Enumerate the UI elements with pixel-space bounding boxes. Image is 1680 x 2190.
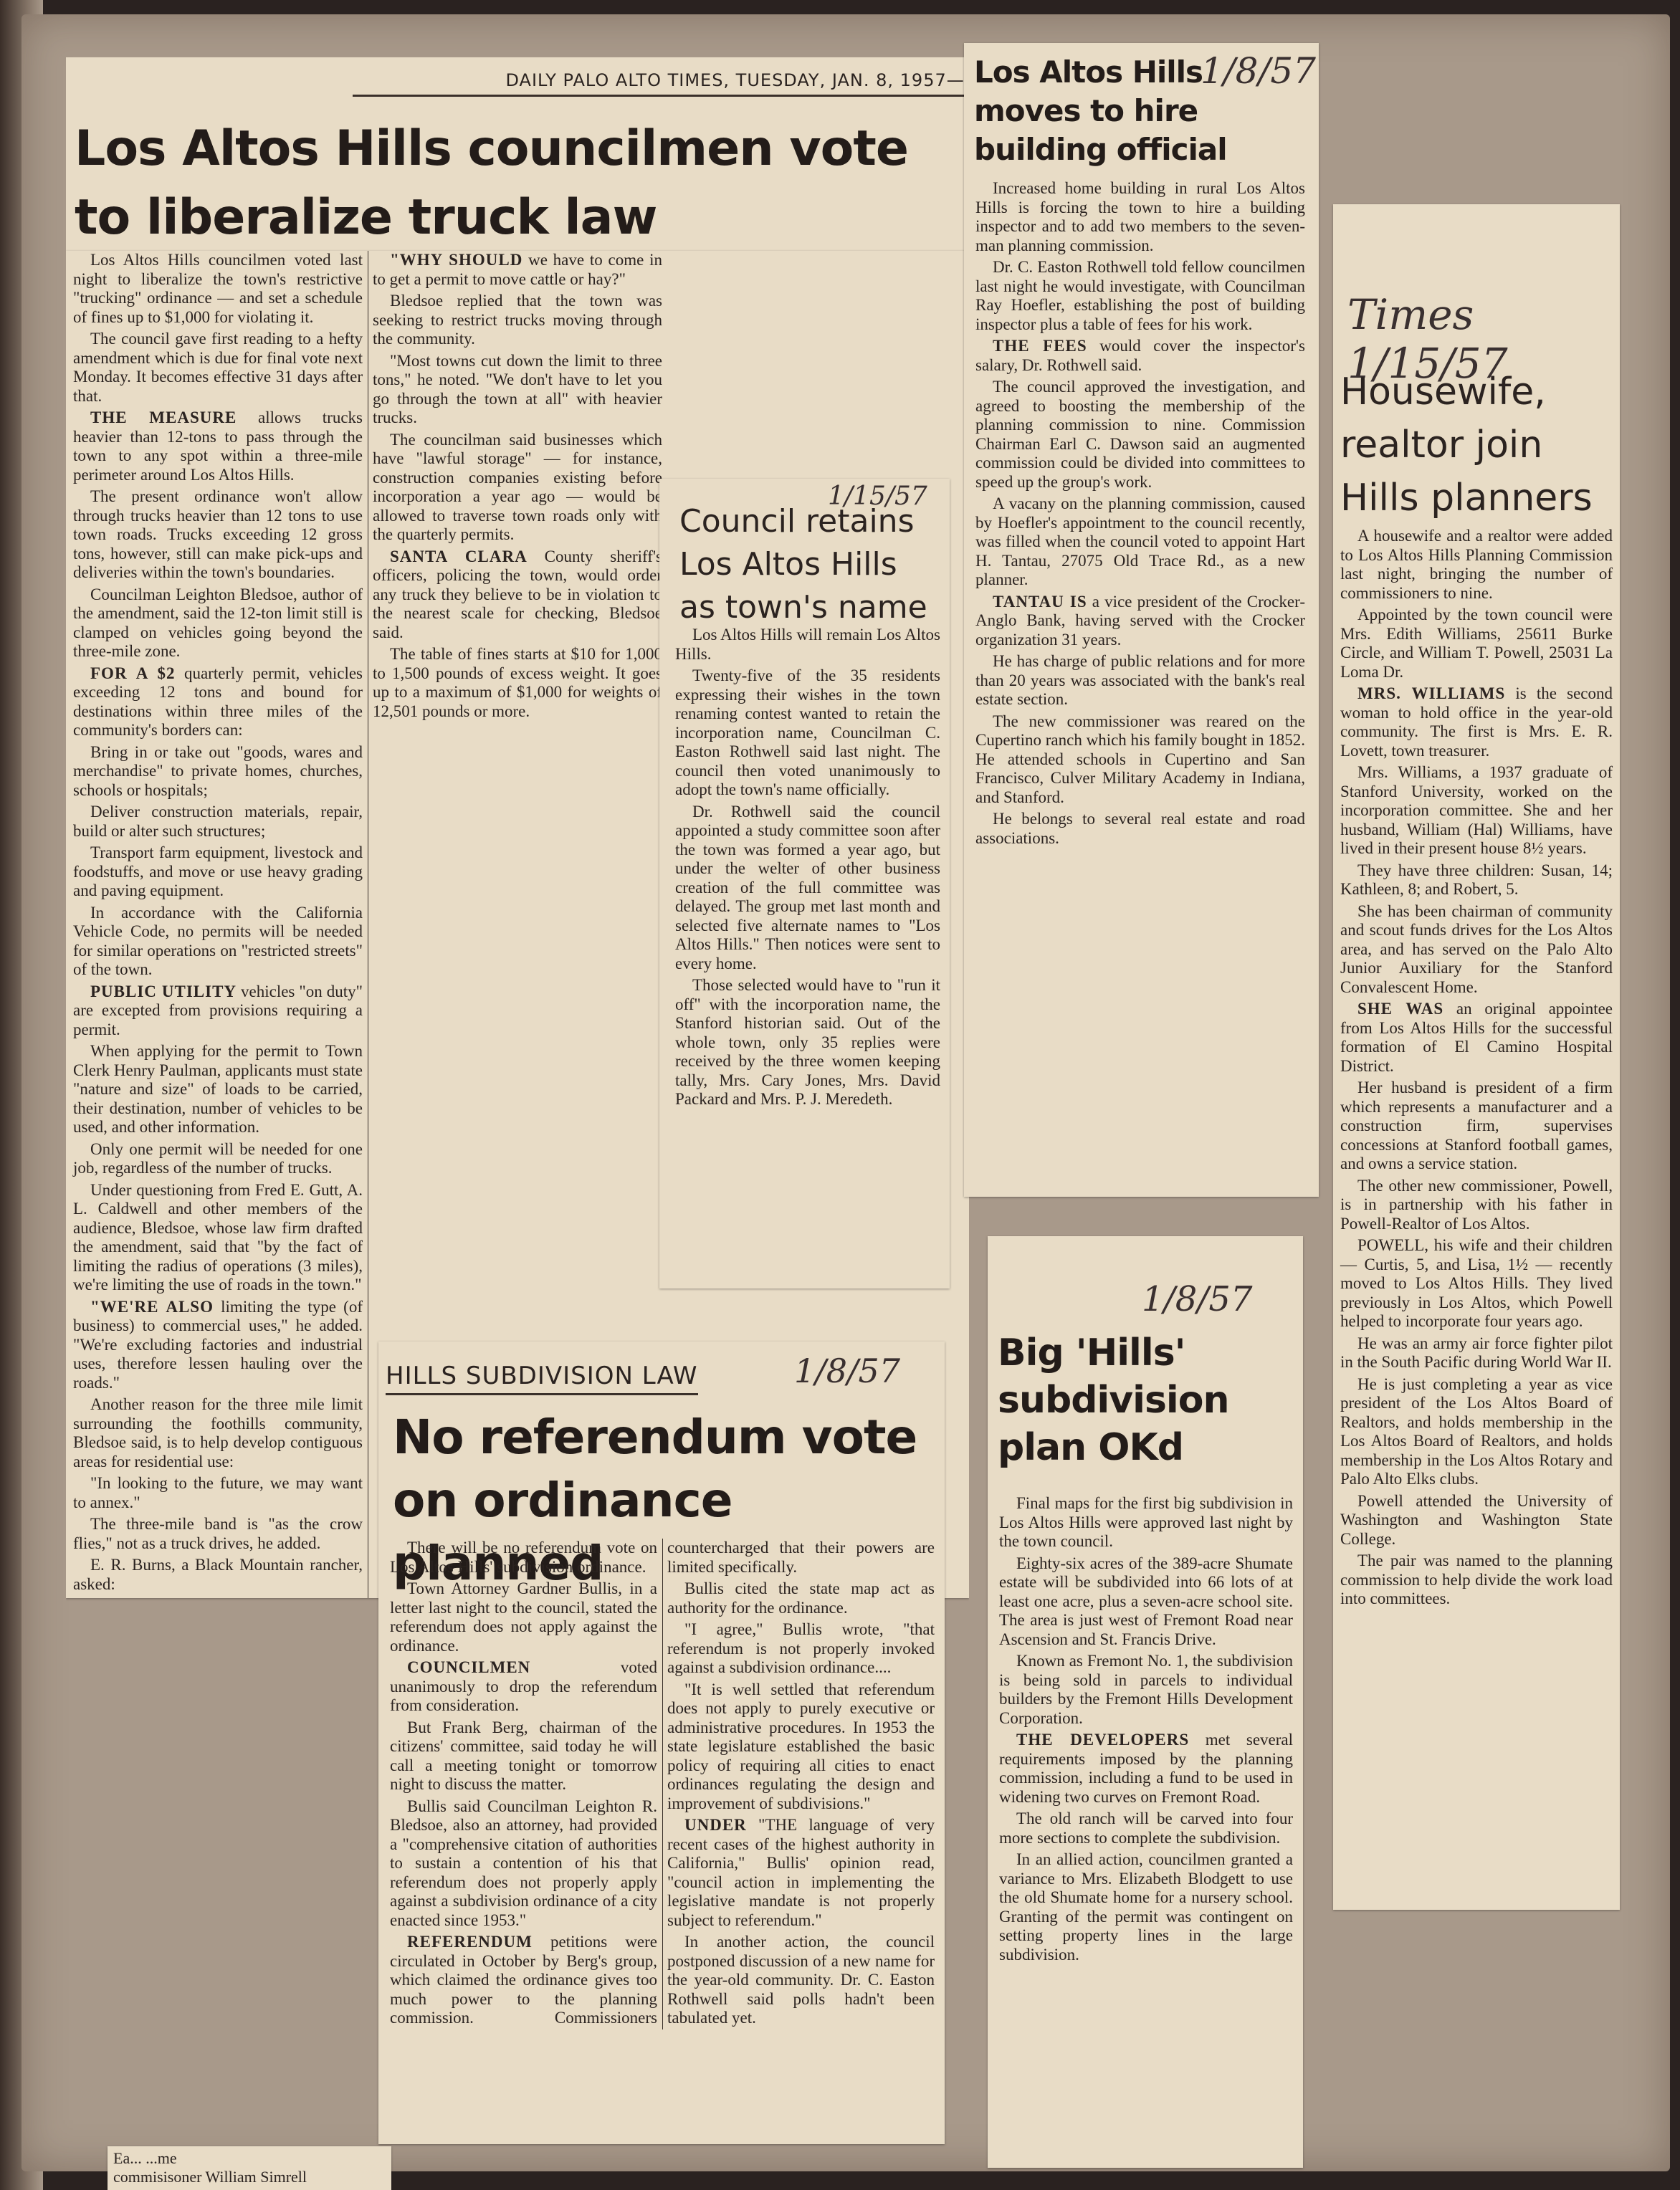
paragraph: Twenty-five of the 35 residents expressi… bbox=[675, 666, 940, 800]
paragraph: Bring in or take out "goods, wares and m… bbox=[73, 743, 363, 800]
paragraph: "In looking to the future, we may want t… bbox=[73, 1474, 363, 1512]
paragraph: Under questioning from Fred E. Gutt, A. … bbox=[73, 1181, 363, 1295]
paragraph: Dr. Rothwell said the council appointed … bbox=[675, 803, 940, 974]
clipping-subdivision-plan: 1/8/57 Big 'Hills' subdivision plan OKd … bbox=[988, 1236, 1303, 2168]
paragraph: The pair was named to the planning commi… bbox=[1340, 1551, 1613, 1609]
paragraph: Only one permit will be needed for one j… bbox=[73, 1140, 363, 1178]
clipping-building-official: 1/8/57 Los Altos Hills moves to hire bui… bbox=[964, 43, 1319, 1197]
paragraph: In another action, the council postponed… bbox=[667, 1933, 935, 2028]
paragraph: THE FEES would cover the inspector's sal… bbox=[975, 337, 1305, 375]
paragraph: UNDER "THE language of very recent cases… bbox=[667, 1816, 935, 1930]
paragraph: PUBLIC UTILITY vehicles "on duty" are ex… bbox=[73, 982, 363, 1040]
paragraph: Bledsoe replied that the town was seekin… bbox=[373, 292, 662, 349]
paragraph: The present ordinance won't allow throug… bbox=[73, 487, 363, 583]
paragraph: They have three children: Susan, 14; Kat… bbox=[1340, 861, 1613, 899]
clipping-housewife-realtor: Times 1/15/57 Housewife, realtor join Hi… bbox=[1333, 204, 1620, 1910]
headline: Big 'Hills' subdivision plan OKd bbox=[998, 1329, 1234, 1471]
paragraph: TANTAU IS a vice president of the Crocke… bbox=[975, 593, 1305, 650]
paragraph: The three-mile band is "as the crow flie… bbox=[73, 1515, 363, 1553]
dateline: DAILY PALO ALTO TIMES, TUESDAY, JAN. 8, … bbox=[353, 70, 969, 97]
paragraph: Appointed by the town council were Mrs. … bbox=[1340, 606, 1613, 682]
headline: Housewife, realtor join Hills planners bbox=[1340, 365, 1613, 525]
paragraph: COUNCILMEN voted unanimously to drop the… bbox=[390, 1658, 657, 1716]
handwritten-date: 1/8/57 bbox=[794, 1352, 900, 1390]
paragraph: Councilman Leighton Bledsoe, author of t… bbox=[73, 585, 363, 661]
paragraph: Her husband is president of a firm which… bbox=[1340, 1079, 1613, 1174]
headline: Los Altos Hills moves to hire building o… bbox=[974, 53, 1232, 169]
paragraph: Los Altos Hills councilmen voted last ni… bbox=[73, 251, 363, 327]
clipping-fragment-bottom: Ea... ...me commisisoner William Simrell bbox=[108, 2146, 391, 2190]
paragraph: "WHY SHOULD we have to come in to get a … bbox=[373, 251, 662, 289]
paragraph: FOR A $2 quarterly permit, vehicles exce… bbox=[73, 664, 363, 740]
paragraph: Another reason for the three mile limit … bbox=[73, 1395, 363, 1471]
article-body: Los Altos Hills will remain Los Altos Hi… bbox=[668, 626, 948, 1112]
headline: Council retains Los Altos Hills as town'… bbox=[679, 500, 937, 629]
paragraph: "I agree," Bullis wrote, "that referendu… bbox=[667, 1620, 935, 1678]
paragraph: He is just completing a year as vice pre… bbox=[1340, 1375, 1613, 1489]
paragraph: THE MEASURE allows trucks heavier than 1… bbox=[73, 408, 363, 484]
paragraph: He has charge of public relations and fo… bbox=[975, 652, 1305, 709]
paragraph: The council gave first reading to a heft… bbox=[73, 330, 363, 406]
paragraph: SHE WAS an original appointee from Los A… bbox=[1340, 1000, 1613, 1076]
paragraph: Bullis said Councilman Leighton R. Bleds… bbox=[390, 1797, 657, 1931]
paragraph: A vacany on the planning commission, cau… bbox=[975, 494, 1305, 590]
paragraph: The new commissioner was reared on the C… bbox=[975, 712, 1305, 808]
handwritten-date: 1/8/57 bbox=[1142, 1279, 1253, 1319]
paragraph: "WE'RE ALSO limiting the type (of busine… bbox=[73, 1298, 363, 1393]
paragraph: Dr. C. Easton Rothwell told fellow counc… bbox=[975, 258, 1305, 334]
paragraph: The councilman said businesses which hav… bbox=[373, 431, 662, 545]
paragraph: He was an army air force fighter pilot i… bbox=[1340, 1334, 1613, 1372]
clipping-referendum: HILLS SUBDIVISION LAW 1/8/57 No referend… bbox=[378, 1342, 945, 2144]
paragraph: Los Altos Hills will remain Los Altos Hi… bbox=[675, 626, 940, 664]
paragraph: In an allied action, councilmen granted … bbox=[999, 1850, 1293, 1964]
paragraph: Known as Fremont No. 1, the subdivision … bbox=[999, 1652, 1293, 1728]
paragraph: Final maps for the first big subdivision… bbox=[999, 1494, 1293, 1551]
paragraph: Increased home building in rural Los Alt… bbox=[975, 179, 1305, 255]
paragraph: Eighty-six acres of the 389-acre Shumate… bbox=[999, 1554, 1293, 1650]
paragraph: The other new commissioner, Powell, is i… bbox=[1340, 1177, 1613, 1234]
article-body: A housewife and a realtor were added to … bbox=[1333, 527, 1620, 1612]
paragraph: She has been chairman of community and s… bbox=[1340, 902, 1613, 998]
clipping-council-name: 1/15/57 Council retains Los Altos Hills … bbox=[659, 479, 950, 1288]
headline: Los Altos Hills councilmen vote to liber… bbox=[75, 115, 935, 252]
paragraph: When applying for the permit to Town Cle… bbox=[73, 1042, 363, 1137]
fragment-line: Ea... ...me bbox=[113, 2149, 386, 2168]
paragraph: Those selected would have to "run it off… bbox=[675, 976, 940, 1109]
paragraph: But Frank Berg, chairman of the citizens… bbox=[390, 1718, 657, 1794]
kicker: HILLS SUBDIVISION LAW bbox=[386, 1362, 698, 1395]
paragraph: Bullis cited the state map act as author… bbox=[667, 1579, 935, 1617]
paragraph: Town Attorney Gardner Bullis, in a lette… bbox=[390, 1579, 657, 1655]
article-body: Increased home building in rural Los Alt… bbox=[968, 179, 1312, 851]
paragraph: Transport farm equipment, livestock and … bbox=[73, 843, 363, 901]
paragraph: E. R. Burns, a Black Mountain rancher, a… bbox=[73, 1556, 363, 1594]
paragraph: POWELL, his wife and their children — Cu… bbox=[1340, 1236, 1613, 1331]
paragraph: He belongs to several real estate and ro… bbox=[975, 810, 1305, 848]
article-body: Final maps for the first big subdivision… bbox=[992, 1494, 1300, 1967]
paragraph: The table of fines starts at $10 for 1,0… bbox=[373, 645, 662, 721]
paragraph: In accordance with the California Vehicl… bbox=[73, 904, 363, 980]
paragraph: THE DEVELOPERS met several requirements … bbox=[999, 1731, 1293, 1807]
paragraph: SANTA CLARA County sheriff's officers, p… bbox=[373, 547, 662, 643]
paragraph: "It is well settled that referendum does… bbox=[667, 1680, 935, 1814]
paragraph: A housewife and a realtor were added to … bbox=[1340, 527, 1613, 603]
paragraph: The council approved the investigation, … bbox=[975, 378, 1305, 492]
fragment-line: commisisoner William Simrell bbox=[113, 2168, 386, 2186]
paragraph: "Most towns cut down the limit to three … bbox=[373, 352, 662, 428]
paragraph: The old ranch will be carved into four m… bbox=[999, 1809, 1293, 1847]
paragraph: Mrs. Williams, a 1937 graduate of Stanfo… bbox=[1340, 763, 1613, 859]
paragraph: MRS. WILLIAMS is the second woman to hol… bbox=[1340, 684, 1613, 760]
paragraph: Deliver construction materials, repair, … bbox=[73, 803, 363, 841]
article-body: There will be no referendum vote on Los … bbox=[383, 1539, 942, 2029]
paragraph: Powell attended the University of Washin… bbox=[1340, 1492, 1613, 1549]
paragraph: There will be no referendum vote on Los … bbox=[390, 1539, 657, 1577]
